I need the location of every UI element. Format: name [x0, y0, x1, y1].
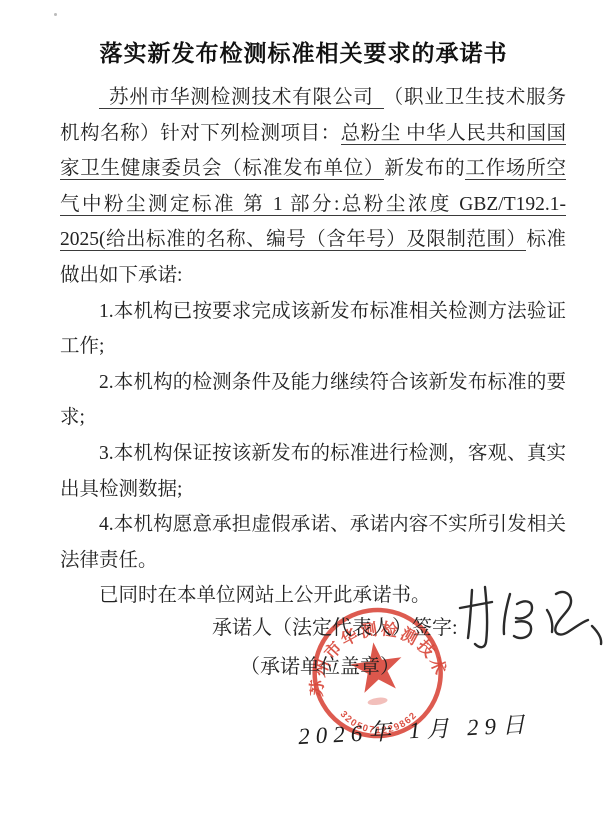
intro-segment: 苏州市华测检测技术有限公司 [99, 87, 384, 109]
commitment-paragraph: 1.本机构已按要求完成该新发布标准相关检测方法验证工作; [60, 294, 566, 365]
commitment-paragraph: 4.本机构愿意承担虚假承诺、承诺内容不实所引发相关法律责任。 [60, 507, 566, 578]
signature-strokes-svg [452, 582, 607, 657]
intro-segment: 新发布的 [384, 158, 465, 179]
commitment-paragraph: 3.本机构保证按该新发布的标准进行检测，客观、真实出具检测数据; [60, 436, 566, 507]
intro-paragraph: 苏州市华测检测技术有限公司（职业卫生技术服务机构名称）针对下列检测项目：总粉尘 … [60, 80, 566, 294]
handwritten-signature [452, 582, 607, 657]
scan-speck [54, 13, 57, 16]
document-body: 苏州市华测检测技术有限公司（职业卫生技术服务机构名称）针对下列检测项目：总粉尘 … [60, 80, 566, 614]
stamp-label: （承诺单位盖章） [240, 650, 400, 679]
commitment-paragraph: 2.本机构的检测条件及能力继续符合该新发布标准的要求; [60, 365, 566, 436]
page-title: 落实新发布检测标准相关要求的承诺书 [0, 35, 607, 68]
seal-inner-smudge [367, 696, 388, 706]
signer-label: 承诺人（法定代表人）签字: [212, 611, 458, 640]
document-page: 落实新发布检测标准相关要求的承诺书 苏州市华测检测技术有限公司（职业卫生技术服务… [0, 0, 607, 819]
commitment-list: 1.本机构已按要求完成该新发布标准相关检测方法验证工作;2.本机构的检测条件及能… [60, 294, 566, 579]
